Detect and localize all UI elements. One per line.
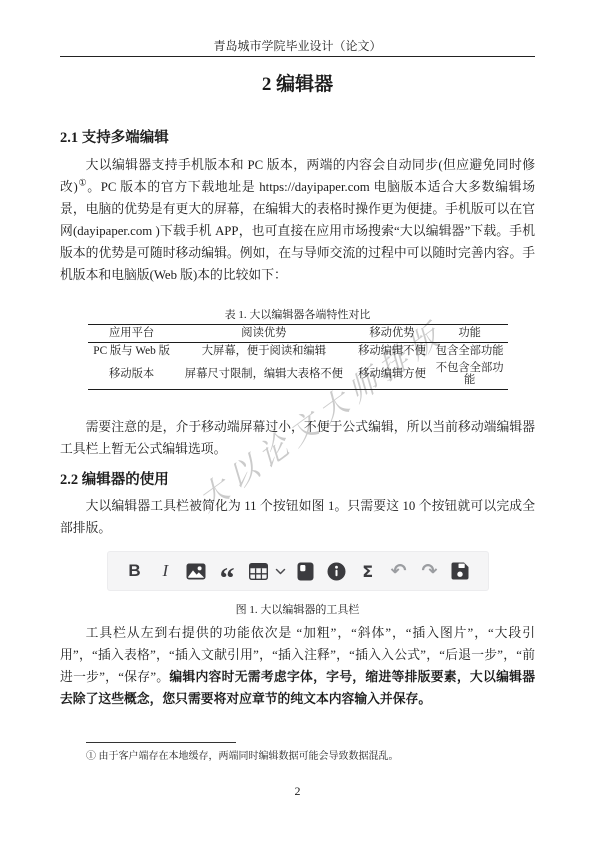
insert-table-icon	[247, 559, 269, 583]
table-cell: PC 版与 Web 版	[88, 343, 176, 360]
footnote-marker: ①	[86, 751, 96, 762]
paragraph-text: 。PC 版本的官方下载地址是 https://dayipaper.com 电脑版…	[60, 180, 535, 282]
bold-icon: B	[124, 559, 146, 583]
paragraph-formula-note: 需要注意的是，介于移动端屏幕过小，不便于公式编辑，所以当前移动端编辑器工具栏上暂…	[60, 416, 535, 460]
insert-citation-icon	[295, 559, 317, 583]
editor-toolbar-figure: B I “	[107, 551, 489, 591]
table-cell: 不包含全部功能	[432, 360, 508, 390]
table-cell: 移动编辑方便	[352, 360, 432, 390]
document-page: 大以论文大师排版 青岛城市学院毕业设计（论文） 2 编辑器 2.1 支持多端编辑…	[0, 0, 595, 842]
insert-annotation-info-icon	[326, 559, 348, 583]
table-header-cell: 功能	[432, 325, 508, 343]
chapter-title: 2 编辑器	[60, 73, 535, 97]
redo-icon: ↷	[419, 559, 441, 583]
table-cell: 移动编辑不便	[352, 343, 432, 360]
paragraph-toolbar-functions: 工具栏从左到右提供的功能依次是 “加粗”，“斜体”，“插入图片”，“大段引用”，…	[60, 622, 535, 710]
table-header-row: 应用平台 阅读优势 移动优势 功能	[88, 325, 508, 343]
undo-icon: ↶	[388, 559, 410, 583]
page-number: 2	[0, 784, 595, 799]
section-heading-2-2: 2.2 编辑器的使用	[60, 472, 535, 489]
chevron-down-icon	[275, 559, 286, 583]
section-heading-2-1: 2.1 支持多端编辑	[60, 130, 535, 147]
footnote-rule	[86, 742, 236, 743]
comparison-table: 应用平台 阅读优势 移动优势 功能 PC 版与 Web 版 大屏幕，便于阅读和编…	[88, 324, 508, 390]
table-header-cell: 移动优势	[352, 325, 432, 343]
table-header-cell: 阅读优势	[176, 325, 352, 343]
blockquote-icon: “	[216, 551, 238, 591]
table-row: PC 版与 Web 版 大屏幕，便于阅读和编辑 移动编辑不便 包含全部功能	[88, 343, 508, 360]
table-cell: 移动版本	[88, 360, 176, 390]
insert-image-icon	[185, 559, 207, 583]
footnote-content: 由于客户端存在本地缓存，两端同时编辑数据可能会导致数据混乱。	[99, 751, 399, 762]
table-cell: 包含全部功能	[432, 343, 508, 360]
insert-formula-sigma-icon: Σ	[357, 559, 379, 583]
table-cell: 屏幕尺寸限制，编辑大表格不便	[176, 360, 352, 390]
table-header-cell: 应用平台	[88, 325, 176, 343]
italic-icon: I	[154, 559, 176, 583]
paragraph-toolbar-intro: 大以编辑器工具栏被简化为 11 个按钮如图 1。只需要这 10 个按钮就可以完成…	[60, 495, 535, 539]
footnote-block: ① 由于客户端存在本地缓存，两端同时编辑数据可能会导致数据混乱。	[86, 742, 535, 763]
footnote-text: ① 由于客户端存在本地缓存，两端同时编辑数据可能会导致数据混乱。	[86, 750, 535, 763]
table-caption: 表 1. 大以编辑器各端特性对比	[60, 309, 535, 322]
figure-caption: 图 1. 大以编辑器的工具栏	[60, 604, 535, 617]
footnote-marker-superscript: ①	[78, 178, 87, 188]
save-icon	[449, 559, 471, 583]
table-tool-group	[247, 559, 286, 583]
running-header: 青岛城市学院毕业设计（论文）	[60, 0, 535, 57]
paragraph-multi-device: 大以编辑器支持手机版本和 PC 版本，两端的内容会自动同步(但应避免同时修改)①…	[60, 154, 535, 286]
table-cell: 大屏幕，便于阅读和编辑	[176, 343, 352, 360]
table-row: 移动版本 屏幕尺寸限制，编辑大表格不便 移动编辑方便 不包含全部功能	[88, 360, 508, 390]
page-content: 青岛城市学院毕业设计（论文） 2 编辑器 2.1 支持多端编辑 大以编辑器支持手…	[0, 0, 595, 710]
